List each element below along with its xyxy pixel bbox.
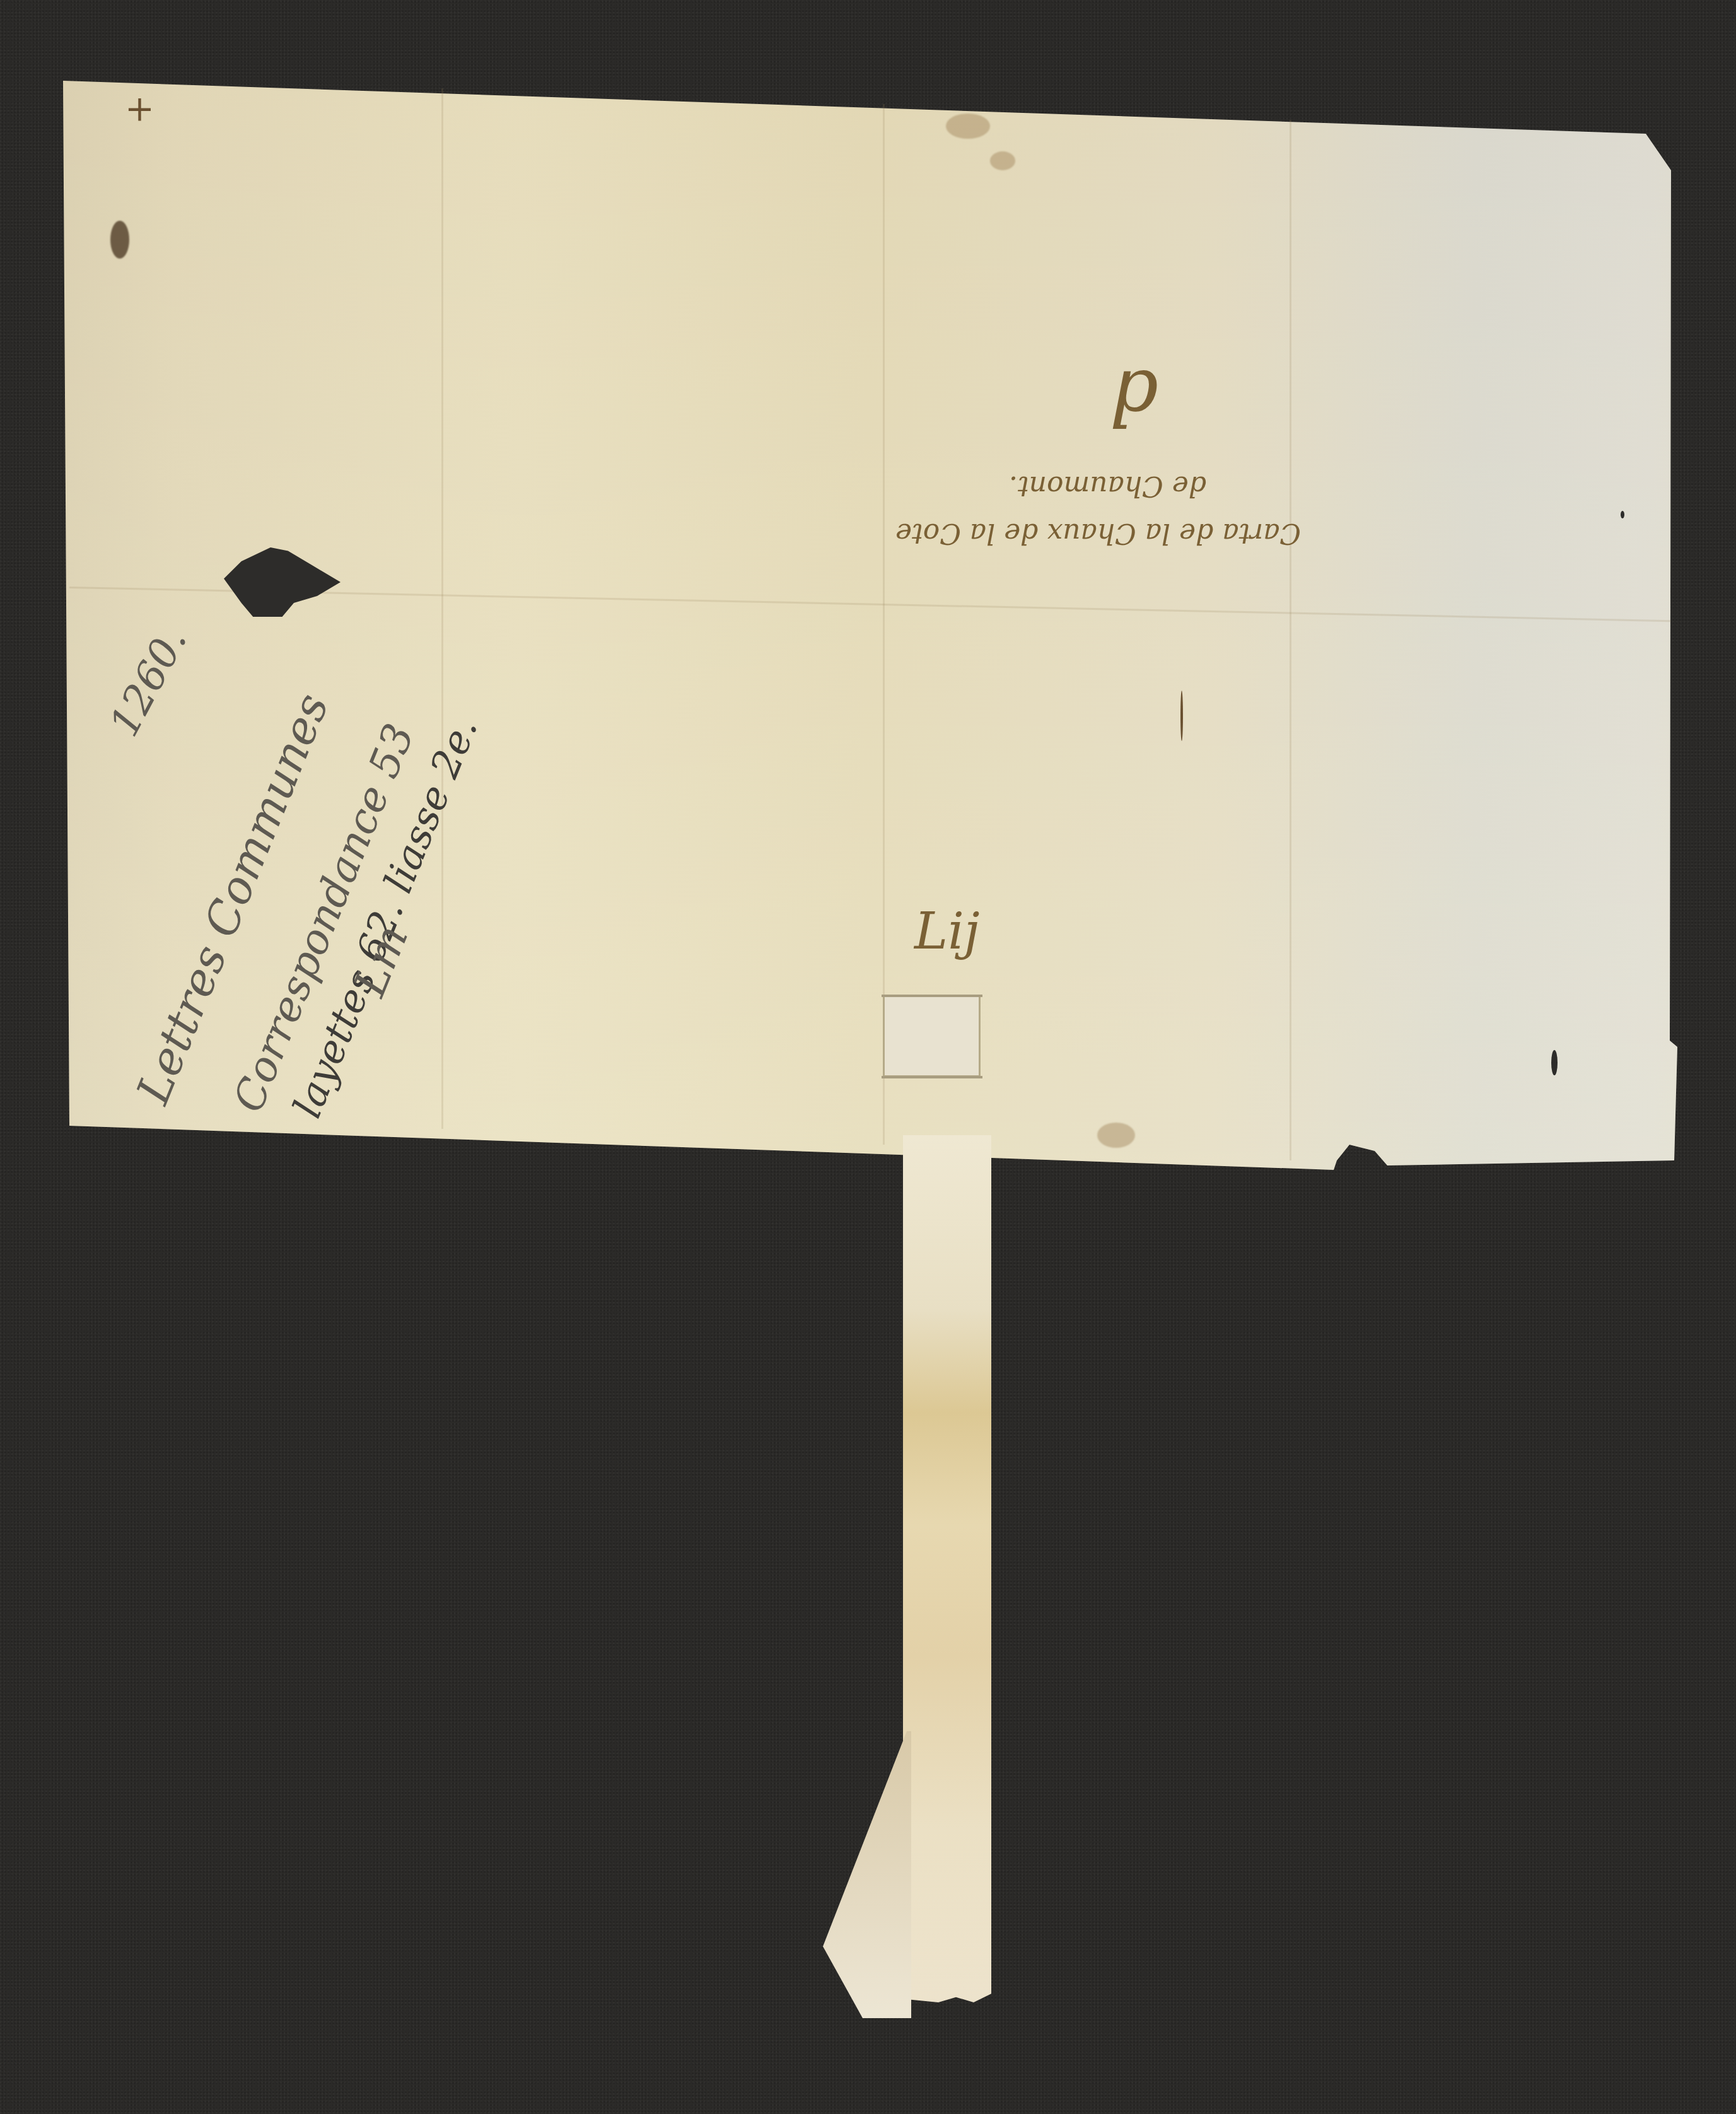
endorsement-line2: de Chaumont. [1009, 470, 1206, 502]
tag-slit [882, 1076, 982, 1078]
document-photo: + 1260. Lettres Communes Correspondance … [0, 0, 1736, 2114]
fold-line [1290, 120, 1291, 1160]
puncture [1180, 691, 1183, 741]
seal-strap-tail [823, 1731, 911, 2018]
stain [110, 221, 129, 259]
endorsement-line1: Carta de la Chaux de la Cote [895, 517, 1301, 549]
puncture [1621, 511, 1624, 518]
seal-tag-fold [883, 995, 981, 1077]
stain [1097, 1123, 1135, 1148]
stain [946, 114, 990, 139]
puncture [1551, 1050, 1558, 1075]
stain [990, 151, 1015, 170]
strap-note: Lij [914, 902, 980, 961]
cross-mark: + [125, 88, 154, 129]
tag-slit [882, 995, 982, 997]
endorsement-mark: d [1110, 353, 1158, 441]
seal-strap [903, 1135, 991, 2002]
fold-line [883, 104, 885, 1145]
fold-line [441, 88, 443, 1129]
